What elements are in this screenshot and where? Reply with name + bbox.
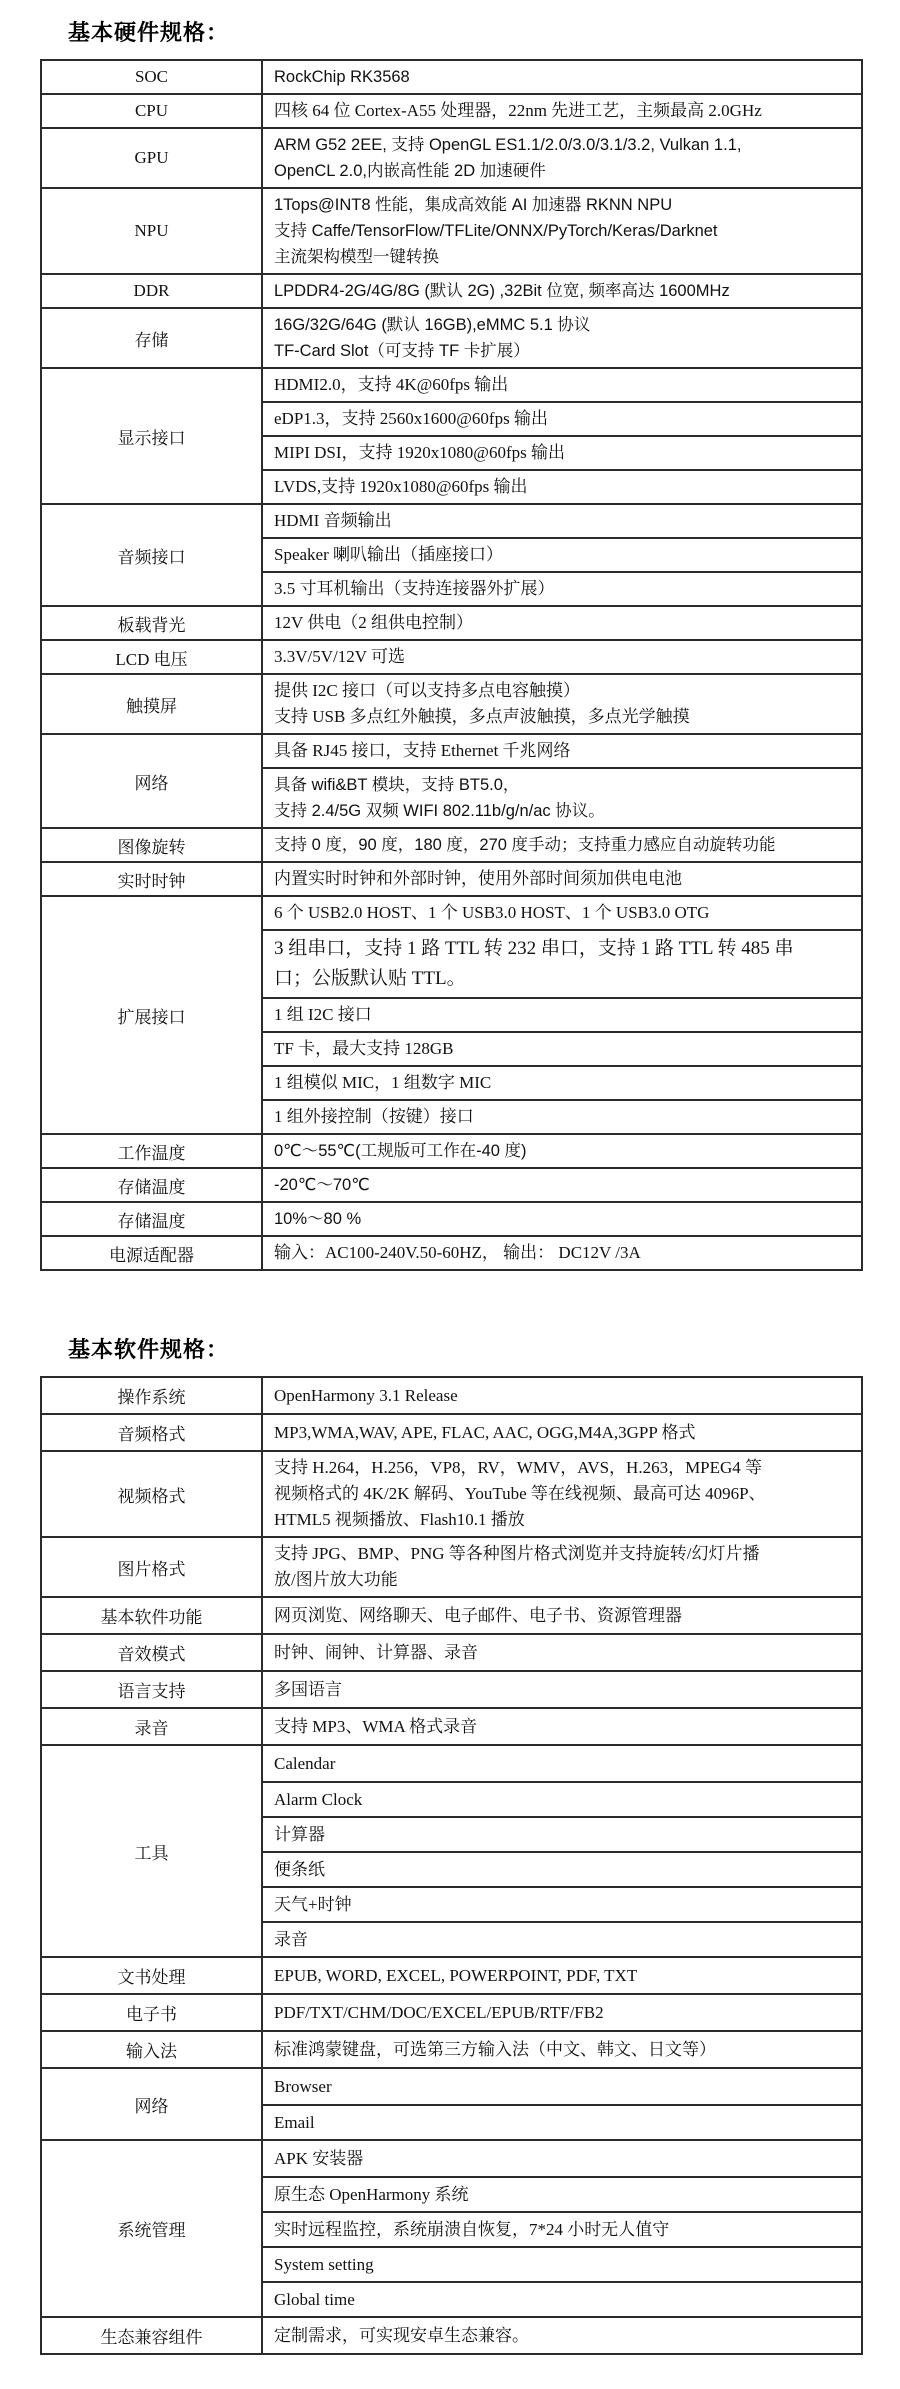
spec-label: 输入法 [42,2032,263,2067]
spec-label: 音频格式 [42,1415,263,1450]
spec-value: 6 个 USB2.0 HOST、1 个 USB3.0 HOST、1 个 USB3… [263,897,861,929]
spec-label: 存储温度 [42,1169,263,1201]
spec-value-line: 网页浏览、网络聊天、电子邮件、电子书、资源管理器 [274,1603,855,1629]
spec-value: 原生态 OpenHarmony 系统 [263,2176,861,2211]
spec-value-group: 1Tops@INT8 性能，集成高效能 AI 加速器 RKNN NPU支持 Ca… [263,189,861,273]
spec-value: 多国语言 [263,1672,861,1707]
spec-value: MP3,WMA,WAV, APE, FLAC, AAC, OGG,M4A,3GP… [263,1415,861,1450]
spec-value-line: 标准鸿蒙键盘，可选第三方输入法（中文、韩文、日文等） [274,2037,855,2063]
table-row: 存储温度-20℃～70℃ [42,1167,861,1201]
spec-value-group: EPUB, WORD, EXCEL, POWERPOINT, PDF, TXT [263,1958,861,1993]
spec-value-line: HTML5 视频播放、Flash10.1 播放 [274,1507,855,1533]
spec-label: 生态兼容组件 [42,2318,263,2353]
spec-label: NPU [42,189,263,273]
spec-label: 图片格式 [42,1538,263,1596]
spec-value: 支持 MP3、WMA 格式录音 [263,1709,861,1744]
spec-label: 板载背光 [42,607,263,639]
spec-value: 具备 wifi&BT 模块，支持 BT5.0，支持 2.4/5G 双频 WIFI… [263,767,861,827]
table-row: 文书处理EPUB, WORD, EXCEL, POWERPOINT, PDF, … [42,1956,861,1993]
spec-label: 网络 [42,2069,263,2139]
spec-value: LVDS,支持 1920x1080@60fps 输出 [263,469,861,503]
spec-value-line: APK 安装器 [274,2146,855,2172]
spec-label: 实时时钟 [42,863,263,895]
spec-value: HDMI 音频输出 [263,505,861,537]
spec-value-line: TF-Card Slot（可支持 TF 卡扩展） [274,338,855,364]
table-row: 操作系统OpenHarmony 3.1 Release [42,1378,861,1413]
table-row: 网络具备 RJ45 接口，支持 Ethernet 千兆网络具备 wifi&BT … [42,733,861,827]
spec-value-line: MP3,WMA,WAV, APE, FLAC, AAC, OGG,M4A,3GP… [274,1420,855,1446]
table-row: 语言支持多国语言 [42,1670,861,1707]
spec-value: ARM G52 2EE, 支持 OpenGL ES1.1/2.0/3.0/3.1… [263,129,861,187]
spec-value: 支持 0 度，90 度，180 度，270 度手动；支持重力感应自动旋转功能 [263,829,861,861]
table-row: GPUARM G52 2EE, 支持 OpenGL ES1.1/2.0/3.0/… [42,127,861,187]
spec-label: 基本软件功能 [42,1598,263,1633]
spec-value: 时钟、闹钟、计算器、录音 [263,1635,861,1670]
spec-value-line: 支持 JPG、BMP、PNG 等各种图片格式浏览并支持旋转/幻灯片播 [274,1541,855,1567]
table-row: 基本软件功能网页浏览、网络聊天、电子邮件、电子书、资源管理器 [42,1596,861,1633]
table-row: CPU四核 64 位 Cortex-A55 处理器，22nm 先进工艺，主频最高… [42,93,861,127]
table-row: 系统管理APK 安装器原生态 OpenHarmony 系统实时远程监控，系统崩溃… [42,2139,861,2316]
spec-value: 10%～80 % [263,1203,861,1235]
spec-value-line: Browser [274,2074,855,2100]
spec-value-line: Email [274,2110,855,2136]
spec-value-line: -20℃～70℃ [274,1172,855,1198]
table-row: 网络BrowserEmail [42,2067,861,2139]
spec-label: 语言支持 [42,1672,263,1707]
table-row: SOCRockChip RK3568 [42,61,861,93]
spec-value: -20℃～70℃ [263,1169,861,1201]
spec-value-line: HDMI 音频输出 [274,508,855,534]
table-row: LCD 电压3.3V/5V/12V 可选 [42,639,861,673]
spec-value: 1 组 I2C 接口 [263,997,861,1031]
spec-value: 标准鸿蒙键盘，可选第三方输入法（中文、韩文、日文等） [263,2032,861,2067]
spec-value: 四核 64 位 Cortex-A55 处理器，22nm 先进工艺，主频最高 2.… [263,95,861,127]
spec-value-line: eDP1.3，支持 2560x1600@60fps 输出 [274,406,855,432]
table-row: DDRLPDDR4-2G/4G/8G (默认 2G) ,32Bit 位宽, 频率… [42,273,861,307]
spec-value: 1Tops@INT8 性能，集成高效能 AI 加速器 RKNN NPU支持 Ca… [263,189,861,273]
spec-value: 录音 [263,1921,861,1956]
table-row: 输入法标准鸿蒙键盘，可选第三方输入法（中文、韩文、日文等） [42,2030,861,2067]
spec-value-line: 3.5 寸耳机输出（支持连接器外扩展） [274,576,855,602]
spec-value: EPUB, WORD, EXCEL, POWERPOINT, PDF, TXT [263,1958,861,1993]
spec-value: 输入：AC100-240V.50-60HZ， 输出： DC12V /3A [263,1237,861,1269]
spec-value-group: 输入：AC100-240V.50-60HZ， 输出： DC12V /3A [263,1237,861,1269]
spec-value-line: 10%～80 % [274,1206,855,1232]
spec-value: APK 安装器 [263,2141,861,2176]
spec-value-group: LPDDR4-2G/4G/8G (默认 2G) ,32Bit 位宽, 频率高达 … [263,275,861,307]
spec-value-line: 口；公版默认贴 TTL。 [274,964,855,994]
spec-label: 系统管理 [42,2141,263,2316]
spec-value-line: 支持 H.264，H.256，VP8，RV，WMV，AVS，H.263，MPEG… [274,1455,855,1481]
table-row: 显示接口HDMI2.0，支持 4K@60fps 输出eDP1.3，支持 2560… [42,367,861,503]
spec-value-line: TF 卡，最大支持 128GB [274,1036,855,1062]
spec-value: Alarm Clock [263,1781,861,1816]
spec-value: PDF/TXT/CHM/DOC/EXCEL/EPUB/RTF/FB2 [263,1995,861,2030]
spec-label: 音效模式 [42,1635,263,1670]
spec-value: 计算器 [263,1816,861,1851]
spec-value-line: 便条纸 [274,1857,855,1883]
table-row: 录音支持 MP3、WMA 格式录音 [42,1707,861,1744]
spec-value: 便条纸 [263,1851,861,1886]
table-row: 实时时钟内置实时时钟和外部时钟，使用外部时间须加供电电池 [42,861,861,895]
spec-value-line: 视频格式的 4K/2K 解码、YouTube 等在线视频、最高可达 4096P、 [274,1481,855,1507]
spec-value-group: 多国语言 [263,1672,861,1707]
spec-value-group: 具备 RJ45 接口，支持 Ethernet 千兆网络具备 wifi&BT 模块… [263,735,861,827]
spec-value-line: 实时远程监控，系统崩溃自恢复，7*24 小时无人值守 [274,2217,855,2243]
spec-value: Email [263,2104,861,2139]
spec-value-group: 10%～80 % [263,1203,861,1235]
spec-value: Browser [263,2069,861,2104]
spec-value-group: BrowserEmail [263,2069,861,2139]
table-row: 工具CalendarAlarm Clock计算器便条纸天气+时钟录音 [42,1744,861,1956]
spec-value-line: 12V 供电（2 组供电控制） [274,610,855,636]
spec-value-line: 支持 MP3、WMA 格式录音 [274,1714,855,1740]
table-row: 触摸屏提供 I2C 接口（可以支持多点电容触摸）支持 USB 多点红外触摸，多点… [42,673,861,733]
spec-value-line: 支持 Caffe/TensorFlow/TFLite/ONNX/PyTorch/… [274,218,855,244]
spec-value-line: 具备 RJ45 接口，支持 Ethernet 千兆网络 [274,738,855,764]
spec-value-line: 主流架构模型一键转换 [274,244,855,270]
spec-value-line: 放/图片放大功能 [274,1567,855,1593]
spec-value-group: OpenHarmony 3.1 Release [263,1378,861,1413]
spec-label: 显示接口 [42,369,263,503]
spec-value: RockChip RK3568 [263,61,861,93]
spec-value-group: 6 个 USB2.0 HOST、1 个 USB3.0 HOST、1 个 USB3… [263,897,861,1133]
spec-value-group: 时钟、闹钟、计算器、录音 [263,1635,861,1670]
spec-value-line: 1Tops@INT8 性能，集成高效能 AI 加速器 RKNN NPU [274,192,855,218]
spec-value-line: 支持 USB 多点红外触摸，多点声波触摸，多点光学触摸 [274,704,855,730]
spec-value-line: 提供 I2C 接口（可以支持多点电容触摸） [274,678,855,704]
spec-label: 文书处理 [42,1958,263,1993]
table-row: 图片格式支持 JPG、BMP、PNG 等各种图片格式浏览并支持旋转/幻灯片播放/… [42,1536,861,1596]
spec-value-line: 四核 64 位 Cortex-A55 处理器，22nm 先进工艺，主频最高 2.… [274,98,855,124]
spec-label: 录音 [42,1709,263,1744]
spec-value-line: System setting [274,2252,855,2278]
spec-value: 1 组外接控制（按键）接口 [263,1099,861,1133]
spec-value: eDP1.3，支持 2560x1600@60fps 输出 [263,401,861,435]
spec-value-line: 6 个 USB2.0 HOST、1 个 USB3.0 HOST、1 个 USB3… [274,900,855,926]
spec-label: 工具 [42,1746,263,1956]
table-row: 工作温度0℃～55℃(工规版可工作在-40 度) [42,1133,861,1167]
spec-value-line: OpenCL 2.0,内嵌高性能 2D 加速硬件 [274,158,855,184]
spec-value-group: 0℃～55℃(工规版可工作在-40 度) [263,1135,861,1167]
spec-value-line: 3.3V/5V/12V 可选 [274,644,855,670]
spec-value-line: 1 组 I2C 接口 [274,1002,855,1028]
spec-label: 扩展接口 [42,897,263,1133]
software-spec-table: 操作系统OpenHarmony 3.1 Release音频格式MP3,WMA,W… [40,1376,863,2355]
spec-value: HDMI2.0，支持 4K@60fps 输出 [263,369,861,401]
spec-value-line: 原生态 OpenHarmony 系统 [274,2182,855,2208]
spec-value-line: PDF/TXT/CHM/DOC/EXCEL/EPUB/RTF/FB2 [274,2000,855,2026]
spec-value-line: LVDS,支持 1920x1080@60fps 输出 [274,474,855,500]
spec-value-line: 天气+时钟 [274,1892,855,1918]
spec-label: LCD 电压 [42,641,263,673]
spec-value: 内置实时时钟和外部时钟，使用外部时间须加供电电池 [263,863,861,895]
spec-value-line: Speaker 喇叭输出（插座接口） [274,542,855,568]
spec-label: 存储温度 [42,1203,263,1235]
spec-value-line: MIPI DSI，支持 1920x1080@60fps 输出 [274,440,855,466]
spec-value-line: EPUB, WORD, EXCEL, POWERPOINT, PDF, TXT [274,1963,855,1989]
table-row: 存储16G/32G/64G (默认 16GB),eMMC 5.1 协议TF-Ca… [42,307,861,367]
spec-value: 3 组串口，支持 1 路 TTL 转 232 串口，支持 1 路 TTL 转 4… [263,929,861,997]
spec-value-line: LPDDR4-2G/4G/8G (默认 2G) ,32Bit 位宽, 频率高达 … [274,278,855,304]
spec-value-group: HDMI2.0，支持 4K@60fps 输出eDP1.3，支持 2560x160… [263,369,861,503]
spec-value: 支持 H.264，H.256，VP8，RV，WMV，AVS，H.263，MPEG… [263,1452,861,1536]
spec-value-group: MP3,WMA,WAV, APE, FLAC, AAC, OGG,M4A,3GP… [263,1415,861,1450]
spec-value-group: 内置实时时钟和外部时钟，使用外部时间须加供电电池 [263,863,861,895]
table-row: 板载背光12V 供电（2 组供电控制） [42,605,861,639]
spec-label: DDR [42,275,263,307]
spec-value-line: 定制需求，可实现安卓生态兼容。 [274,2323,855,2349]
spec-value-line: HDMI2.0，支持 4K@60fps 输出 [274,372,855,398]
spec-label: 电子书 [42,1995,263,2030]
spec-value-line: 内置实时时钟和外部时钟，使用外部时间须加供电电池 [274,866,855,892]
spec-value-line: RockChip RK3568 [274,64,855,90]
spec-value: 网页浏览、网络聊天、电子邮件、电子书、资源管理器 [263,1598,861,1633]
table-row: 视频格式支持 H.264，H.256，VP8，RV，WMV，AVS，H.263，… [42,1450,861,1536]
spec-value-line: 16G/32G/64G (默认 16GB),eMMC 5.1 协议 [274,312,855,338]
spec-value: 3.5 寸耳机输出（支持连接器外扩展） [263,571,861,605]
hardware-spec-table: SOCRockChip RK3568CPU四核 64 位 Cortex-A55 … [40,59,863,1271]
spec-value: TF 卡，最大支持 128GB [263,1031,861,1065]
table-row: 音频接口HDMI 音频输出Speaker 喇叭输出（插座接口）3.5 寸耳机输出… [42,503,861,605]
spec-value: LPDDR4-2G/4G/8G (默认 2G) ,32Bit 位宽, 频率高达 … [263,275,861,307]
hardware-section-title: 基本硬件规格： [68,16,900,47]
spec-value-group: CalendarAlarm Clock计算器便条纸天气+时钟录音 [263,1746,861,1956]
spec-value-line: 支持 0 度，90 度，180 度，270 度手动；支持重力感应自动旋转功能 [274,832,855,858]
spec-label: 电源适配器 [42,1237,263,1269]
spec-label: 触摸屏 [42,675,263,733]
spec-value: 天气+时钟 [263,1886,861,1921]
table-row: 图像旋转支持 0 度，90 度，180 度，270 度手动；支持重力感应自动旋转… [42,827,861,861]
spec-value-group: APK 安装器原生态 OpenHarmony 系统实时远程监控，系统崩溃自恢复，… [263,2141,861,2316]
spec-value: 3.3V/5V/12V 可选 [263,641,861,673]
spec-label: CPU [42,95,263,127]
spec-document: 基本硬件规格： SOCRockChip RK3568CPU四核 64 位 Cor… [0,0,900,2389]
spec-label: 网络 [42,735,263,827]
spec-label: 图像旋转 [42,829,263,861]
spec-value-group: 网页浏览、网络聊天、电子邮件、电子书、资源管理器 [263,1598,861,1633]
spec-value-group: 支持 0 度，90 度，180 度，270 度手动；支持重力感应自动旋转功能 [263,829,861,861]
spec-value-group: 提供 I2C 接口（可以支持多点电容触摸）支持 USB 多点红外触摸，多点声波触… [263,675,861,733]
spec-value-group: 12V 供电（2 组供电控制） [263,607,861,639]
spec-value-line: Calendar [274,1751,855,1777]
spec-value-line: 计算器 [274,1822,855,1848]
spec-label: SOC [42,61,263,93]
spec-value: 具备 RJ45 接口，支持 Ethernet 千兆网络 [263,735,861,767]
spec-value: 实时远程监控，系统崩溃自恢复，7*24 小时无人值守 [263,2211,861,2246]
software-section-title: 基本软件规格： [68,1333,900,1364]
spec-value-group: 标准鸿蒙键盘，可选第三方输入法（中文、韩文、日文等） [263,2032,861,2067]
spec-value-group: HDMI 音频输出Speaker 喇叭输出（插座接口）3.5 寸耳机输出（支持连… [263,505,861,605]
spec-value-group: 支持 H.264，H.256，VP8，RV，WMV，AVS，H.263，MPEG… [263,1452,861,1536]
spec-value-line: 1 组外接控制（按键）接口 [274,1104,855,1130]
table-row: 音频格式MP3,WMA,WAV, APE, FLAC, AAC, OGG,M4A… [42,1413,861,1450]
spec-value: 0℃～55℃(工规版可工作在-40 度) [263,1135,861,1167]
table-row: 电源适配器输入：AC100-240V.50-60HZ， 输出： DC12V /3… [42,1235,861,1269]
spec-value: MIPI DSI，支持 1920x1080@60fps 输出 [263,435,861,469]
spec-value: 12V 供电（2 组供电控制） [263,607,861,639]
spec-label: 音频接口 [42,505,263,605]
spec-value: 1 组模似 MIC，1 组数字 MIC [263,1065,861,1099]
table-row: NPU1Tops@INT8 性能，集成高效能 AI 加速器 RKNN NPU支持… [42,187,861,273]
spec-value-group: 支持 JPG、BMP、PNG 等各种图片格式浏览并支持旋转/幻灯片播放/图片放大… [263,1538,861,1596]
spec-value-group: PDF/TXT/CHM/DOC/EXCEL/EPUB/RTF/FB2 [263,1995,861,2030]
spec-label: GPU [42,129,263,187]
spec-value-line: Global time [274,2287,855,2313]
spec-value-group: 支持 MP3、WMA 格式录音 [263,1709,861,1744]
spec-value-line: 1 组模似 MIC，1 组数字 MIC [274,1070,855,1096]
spec-value: System setting [263,2246,861,2281]
spec-label: 工作温度 [42,1135,263,1167]
spec-value: 支持 JPG、BMP、PNG 等各种图片格式浏览并支持旋转/幻灯片播放/图片放大… [263,1538,861,1596]
spec-value-group: 3.3V/5V/12V 可选 [263,641,861,673]
spec-value: 提供 I2C 接口（可以支持多点电容触摸）支持 USB 多点红外触摸，多点声波触… [263,675,861,733]
table-row: 扩展接口6 个 USB2.0 HOST、1 个 USB3.0 HOST、1 个 … [42,895,861,1133]
spec-value-line: 录音 [274,1927,855,1953]
spec-value-group: 定制需求，可实现安卓生态兼容。 [263,2318,861,2353]
spec-value-line: 具备 wifi&BT 模块，支持 BT5.0， [274,772,855,798]
spec-value-line: 输入：AC100-240V.50-60HZ， 输出： DC12V /3A [274,1240,855,1266]
spec-value-group: 16G/32G/64G (默认 16GB),eMMC 5.1 协议TF-Card… [263,309,861,367]
spec-value-group: -20℃～70℃ [263,1169,861,1201]
spec-value-line: 支持 2.4/5G 双频 WIFI 802.11b/g/n/ac 协议。 [274,798,855,824]
spec-value-line: 多国语言 [274,1677,855,1703]
spec-value-group: ARM G52 2EE, 支持 OpenGL ES1.1/2.0/3.0/3.1… [263,129,861,187]
spec-value: Speaker 喇叭输出（插座接口） [263,537,861,571]
spec-label: 操作系统 [42,1378,263,1413]
spec-value-line: ARM G52 2EE, 支持 OpenGL ES1.1/2.0/3.0/3.1… [274,132,855,158]
spec-value-group: RockChip RK3568 [263,61,861,93]
spec-value: OpenHarmony 3.1 Release [263,1378,861,1413]
spec-value-line: OpenHarmony 3.1 Release [274,1383,855,1409]
spec-value: Calendar [263,1746,861,1781]
spec-value-line: 时钟、闹钟、计算器、录音 [274,1640,855,1666]
table-row: 生态兼容组件定制需求，可实现安卓生态兼容。 [42,2316,861,2353]
spec-value-line: 3 组串口，支持 1 路 TTL 转 232 串口，支持 1 路 TTL 转 4… [274,934,855,964]
spec-value-line: Alarm Clock [274,1787,855,1813]
spec-value: 16G/32G/64G (默认 16GB),eMMC 5.1 协议TF-Card… [263,309,861,367]
spec-value: Global time [263,2281,861,2316]
spec-value: 定制需求，可实现安卓生态兼容。 [263,2318,861,2353]
spec-label: 存储 [42,309,263,367]
table-row: 音效模式时钟、闹钟、计算器、录音 [42,1633,861,1670]
spec-value-line: 0℃～55℃(工规版可工作在-40 度) [274,1138,855,1164]
spec-label: 视频格式 [42,1452,263,1536]
table-row: 存储温度10%～80 % [42,1201,861,1235]
table-row: 电子书PDF/TXT/CHM/DOC/EXCEL/EPUB/RTF/FB2 [42,1993,861,2030]
spec-value-group: 四核 64 位 Cortex-A55 处理器，22nm 先进工艺，主频最高 2.… [263,95,861,127]
